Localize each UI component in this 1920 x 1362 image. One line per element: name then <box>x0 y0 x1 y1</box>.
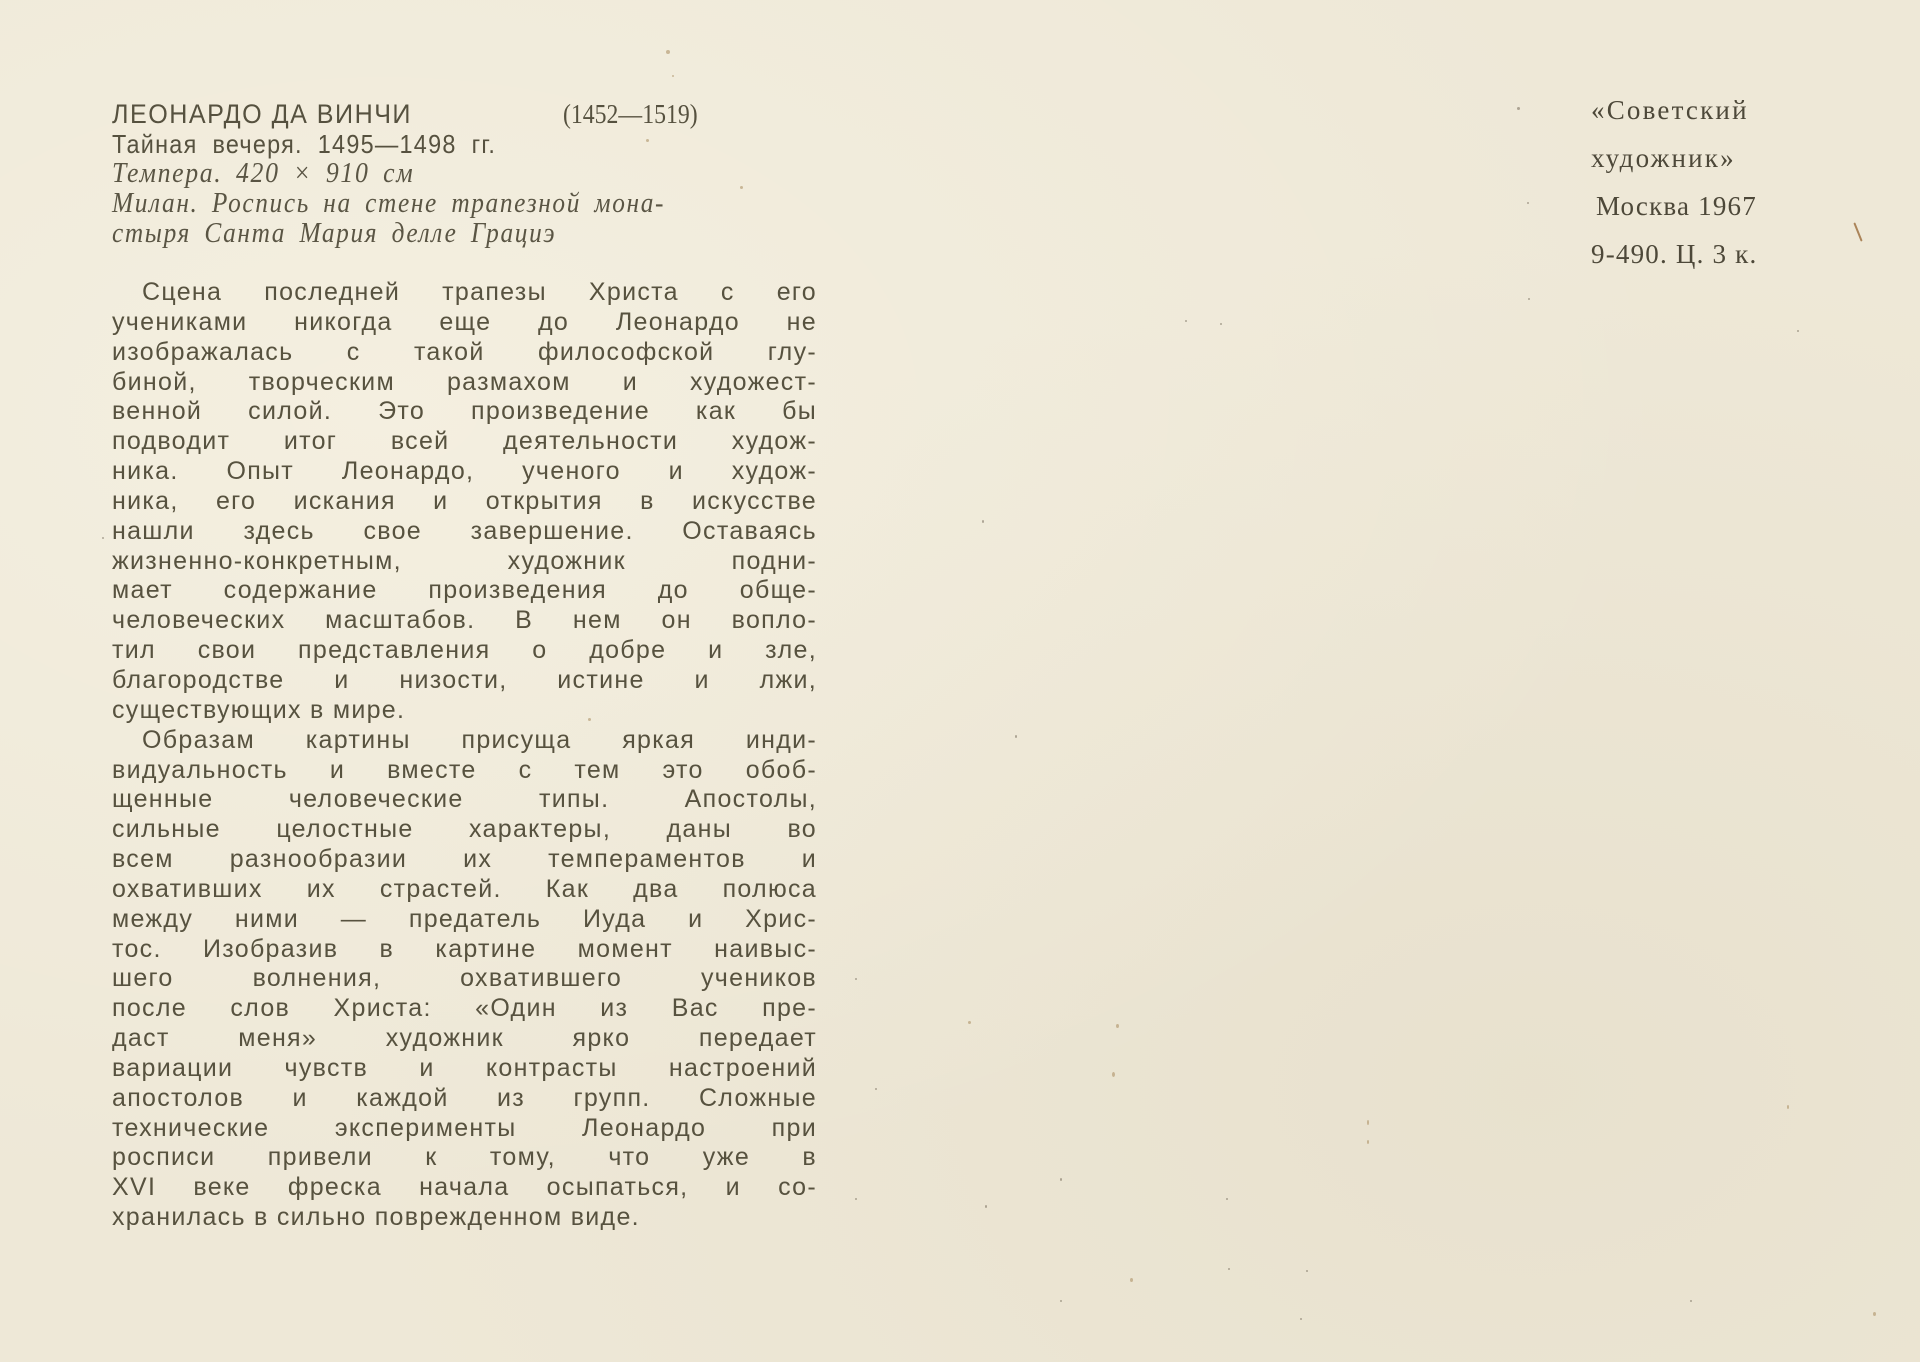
text-line: нашли здесь свое завершение. Оставаясь <box>112 517 817 547</box>
text-line: тос. Изобразив в картине момент наивыс- <box>112 935 817 965</box>
text-line: мает содержание произведения до обще- <box>112 576 817 606</box>
paper-speck <box>1228 1268 1230 1270</box>
text-line: видуальность и вместе с тем это обоб- <box>112 756 817 786</box>
paper-speck <box>1527 202 1529 204</box>
text-line: всем разнообразии их темпераментов и <box>112 845 817 875</box>
paper-speck <box>672 75 674 77</box>
text-line: щенные человеческие типы. Апостолы, <box>112 785 817 815</box>
paper-speck <box>1112 1072 1115 1077</box>
postcard-back: ЛЕОНАРДО ДА ВИНЧИ (1452—1519) Тайная веч… <box>0 0 1920 1362</box>
city-year: Москва 1967 <box>1591 186 1801 234</box>
paragraph-2: Образам картины присуща яркая инди- виду… <box>112 726 817 1233</box>
location-text-2: стыря Санта Мария делле Грациэ <box>112 219 556 249</box>
text-line: существующих в мире. <box>112 696 817 726</box>
paper-speck <box>1306 1270 1308 1272</box>
paper-speck <box>982 520 984 523</box>
artwork-caption: ЛЕОНАРДО ДА ВИНЧИ (1452—1519) Тайная веч… <box>112 99 832 249</box>
publisher-name-1: «Советский <box>1591 90 1801 138</box>
paper-speck <box>1116 1024 1119 1028</box>
paper-speck <box>1873 1312 1876 1316</box>
work-title: Тайная вечеря. 1495—1498 гг. <box>112 129 496 159</box>
text-line: между ними — предатель Иуда и Хрис- <box>112 905 817 935</box>
paper-speck <box>1060 1178 1062 1181</box>
paper-speck <box>1797 330 1799 332</box>
paper-speck <box>740 186 743 189</box>
paper-speck <box>985 1205 987 1208</box>
paper-speck <box>1130 1278 1133 1282</box>
text-line: после слов Христа: «Один из Вас пре- <box>112 994 817 1024</box>
paper-speck <box>666 50 670 54</box>
work-title-line: Тайная вечеря. 1495—1498 гг. <box>112 129 832 159</box>
text-line: Сцена последней трапезы Христа с его <box>112 278 817 308</box>
text-line: подводит итог всей деятельности худож- <box>112 427 817 457</box>
location-line-2: стыря Санта Мария делле Грациэ <box>112 219 832 249</box>
text-line: благородстве и низости, истине и лжи, <box>112 666 817 696</box>
description-text: Сцена последней трапезы Христа с его уче… <box>112 278 817 1233</box>
text-line: даст меня» художник ярко передает <box>112 1024 817 1054</box>
text-line: тил свои представления о добре и зле, <box>112 636 817 666</box>
paper-speck <box>1300 1318 1302 1320</box>
paper-speck <box>1220 323 1222 325</box>
location-text-1: Милан. Роспись на стене трапезной мона- <box>112 189 665 219</box>
medium-line: Темпера. 420 × 910 см <box>112 159 832 189</box>
paper-speck <box>1015 735 1017 738</box>
text-line: вариации чувств и контрасты настроений <box>112 1054 817 1084</box>
text-line: XVI веке фреска начала осыпаться, и со- <box>112 1173 817 1203</box>
paper-speck <box>875 1088 877 1090</box>
paper-speck <box>855 1198 857 1200</box>
text-line: апостолов и каждой из групп. Сложные <box>112 1084 817 1114</box>
paper-speck <box>588 718 591 721</box>
artist-line: ЛЕОНАРДО ДА ВИНЧИ (1452—1519) <box>112 99 832 129</box>
paper-speck <box>1517 107 1520 110</box>
paper-speck <box>102 537 104 539</box>
text-line: шего волнения, охватившего учеников <box>112 964 817 994</box>
text-line: жизненно-конкретным, художник подни- <box>112 547 817 577</box>
text-line: росписи привели к тому, что уже в <box>112 1143 817 1173</box>
paper-speck <box>646 139 649 142</box>
paragraph-1: Сцена последней трапезы Христа с его уче… <box>112 278 817 726</box>
paper-speck <box>1787 1105 1789 1109</box>
paper-fiber-mark <box>1853 222 1862 241</box>
text-line: учениками никогда еще до Леонардо не <box>112 308 817 338</box>
paper-speck <box>1690 1300 1692 1302</box>
catalog-price: 9-490. Ц. 3 к. <box>1591 234 1801 282</box>
artist-name: ЛЕОНАРДО ДА ВИНЧИ <box>112 99 412 129</box>
text-line: хранилась в сильно поврежденном виде. <box>112 1203 817 1233</box>
paper-speck <box>1226 1198 1228 1200</box>
paper-speck <box>1367 1120 1369 1125</box>
paper-speck <box>1060 1300 1062 1302</box>
paper-speck <box>1367 1140 1369 1144</box>
text-line: сильные целостные характеры, даны во <box>112 815 817 845</box>
publisher-imprint: «Советский художник» Москва 1967 9-490. … <box>1591 90 1801 282</box>
paper-speck <box>1185 320 1187 322</box>
text-line: человеческих масштабов. В нем он вопло- <box>112 606 817 636</box>
location-line-1: Милан. Роспись на стене трапезной мона- <box>112 189 832 219</box>
text-line: охвативших их страстей. Как два полюса <box>112 875 817 905</box>
text-line: венной силой. Это произведение как бы <box>112 397 817 427</box>
text-line: биной, творческим размахом и художест- <box>112 368 817 398</box>
publisher-name-2: художник» <box>1591 138 1801 186</box>
paper-speck <box>968 1021 971 1024</box>
text-line: Образам картины присуща яркая инди- <box>112 726 817 756</box>
text-line: ника, его искания и открытия в искусстве <box>112 487 817 517</box>
text-line: технические эксперименты Леонардо при <box>112 1114 817 1144</box>
paper-speck <box>855 978 857 980</box>
text-line: изображалась с такой философской глу- <box>112 338 817 368</box>
text-line: ника. Опыт Леонардо, ученого и худож- <box>112 457 817 487</box>
paper-speck <box>1528 298 1530 300</box>
artist-years: (1452—1519) <box>563 99 698 129</box>
medium-size: Темпера. 420 × 910 см <box>112 159 414 189</box>
